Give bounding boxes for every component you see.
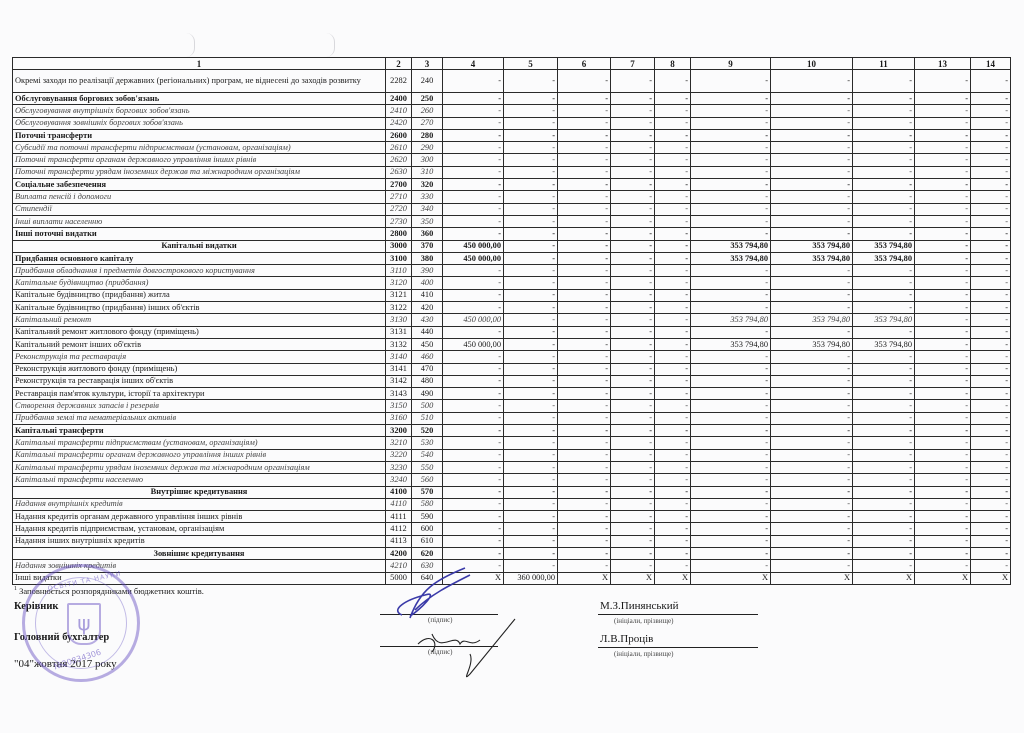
row-value-col-10: - — [771, 375, 853, 387]
row-value-col-8: - — [655, 523, 691, 535]
table-row: Інші видатки5000640X360 000,00XXXXXXXX — [13, 572, 1011, 584]
row-line-code: 360 — [412, 228, 443, 240]
row-value-col-4: - — [443, 129, 504, 141]
row-line-code: 300 — [412, 154, 443, 166]
row-value-col-14: - — [971, 326, 1011, 338]
row-value-col-5: - — [504, 252, 558, 264]
row-value-col-13: - — [915, 326, 971, 338]
row-value-col-8: - — [655, 70, 691, 93]
table-row: Інші виплати населенню2730350---------- — [13, 215, 1011, 227]
row-value-col-8: - — [655, 449, 691, 461]
row-value-col-14: - — [971, 203, 1011, 215]
row-value-col-11: - — [853, 547, 915, 559]
row-value-col-8: - — [655, 461, 691, 473]
row-value-col-5: - — [504, 498, 558, 510]
table-row: Капітальні трансферти підприємствам (уст… — [13, 437, 1011, 449]
row-value-col-10: - — [771, 461, 853, 473]
row-value-col-6: - — [558, 203, 611, 215]
row-kekv-code: 3110 — [386, 265, 412, 277]
row-value-col-9: - — [691, 154, 771, 166]
row-value-col-4: - — [443, 203, 504, 215]
row-kekv-code: 3210 — [386, 437, 412, 449]
table-row: Капітальне будівництво (придбання)312040… — [13, 277, 1011, 289]
row-value-col-7: - — [611, 117, 655, 129]
row-value-col-7: - — [611, 228, 655, 240]
row-value-col-11: - — [853, 203, 915, 215]
row-name: Поточні трансферти органам державного уп… — [13, 154, 386, 166]
row-value-col-4: 450 000,00 — [443, 240, 504, 252]
row-value-col-11: - — [853, 363, 915, 375]
accountant-name-line — [598, 647, 758, 648]
row-value-col-8: - — [655, 511, 691, 523]
row-name: Інші виплати населенню — [13, 215, 386, 227]
row-line-code: 540 — [412, 449, 443, 461]
row-value-col-9: 353 794,80 — [691, 240, 771, 252]
row-kekv-code: 3141 — [386, 363, 412, 375]
column-header-14: 14 — [971, 58, 1011, 70]
row-value-col-5: - — [504, 449, 558, 461]
row-value-col-10: - — [771, 449, 853, 461]
row-value-col-14: - — [971, 449, 1011, 461]
column-header-5: 5 — [504, 58, 558, 70]
table-row: Придбання основного капіталу3100380450 0… — [13, 252, 1011, 264]
table-row: Створення державних запасів і резервів31… — [13, 400, 1011, 412]
row-value-col-11: - — [853, 498, 915, 510]
row-value-col-8: - — [655, 412, 691, 424]
row-value-col-11: - — [853, 400, 915, 412]
row-kekv-code: 2282 — [386, 70, 412, 93]
row-value-col-13: - — [915, 425, 971, 437]
row-value-col-7: - — [611, 560, 655, 572]
row-value-col-8: - — [655, 425, 691, 437]
row-value-col-11: - — [853, 511, 915, 523]
table-row: Капітальні трансферти3200520---------- — [13, 425, 1011, 437]
row-value-col-8: - — [655, 215, 691, 227]
row-line-code: 370 — [412, 240, 443, 252]
row-value-col-6: - — [558, 70, 611, 93]
table-row: Надання внутрішніх кредитів4110580------… — [13, 498, 1011, 510]
row-value-col-14: - — [971, 375, 1011, 387]
row-value-col-11: - — [853, 129, 915, 141]
row-value-col-10: - — [771, 228, 853, 240]
row-value-col-11: 353 794,80 — [853, 240, 915, 252]
row-value-col-4: 450 000,00 — [443, 338, 504, 350]
row-name: Капітальне будівництво (придбання) — [13, 277, 386, 289]
row-value-col-10: - — [771, 117, 853, 129]
table-row: Поточні трансферти урядам іноземних держ… — [13, 166, 1011, 178]
row-value-col-13: - — [915, 252, 971, 264]
row-value-col-9: - — [691, 142, 771, 154]
row-value-col-9: - — [691, 351, 771, 363]
row-value-col-8: - — [655, 105, 691, 117]
row-value-col-6: - — [558, 191, 611, 203]
row-value-col-7: - — [611, 425, 655, 437]
accountant-initials-caption: (ініціали, прізвище) — [614, 650, 673, 658]
row-value-col-14: - — [971, 228, 1011, 240]
row-value-col-14: - — [971, 363, 1011, 375]
row-value-col-13: - — [915, 314, 971, 326]
row-value-col-13: - — [915, 461, 971, 473]
row-value-col-13: - — [915, 351, 971, 363]
row-value-col-7: - — [611, 363, 655, 375]
row-value-col-13: - — [915, 70, 971, 93]
row-value-col-11: - — [853, 523, 915, 535]
budget-expenditure-table: 12345678910111314 Окремі заходи по реалі… — [12, 57, 1011, 585]
row-value-col-14: - — [971, 105, 1011, 117]
row-value-col-9: X — [691, 572, 771, 584]
row-value-col-11: - — [853, 277, 915, 289]
row-value-col-10: - — [771, 215, 853, 227]
row-value-col-4: - — [443, 277, 504, 289]
row-value-col-4: - — [443, 498, 504, 510]
row-line-code: 350 — [412, 215, 443, 227]
row-line-code: 380 — [412, 252, 443, 264]
row-value-col-6: - — [558, 252, 611, 264]
row-line-code: 470 — [412, 363, 443, 375]
row-value-col-6: - — [558, 498, 611, 510]
row-name: Придбання обладнання і предметів довгост… — [13, 265, 386, 277]
row-name: Поточні трансферти урядам іноземних держ… — [13, 166, 386, 178]
row-value-col-7: - — [611, 498, 655, 510]
row-value-col-6: - — [558, 326, 611, 338]
row-value-col-10: - — [771, 400, 853, 412]
row-kekv-code: 4113 — [386, 535, 412, 547]
row-value-col-14: - — [971, 302, 1011, 314]
row-line-code: 610 — [412, 535, 443, 547]
row-value-col-11: - — [853, 302, 915, 314]
table-row: Надання кредитів органам державного упра… — [13, 511, 1011, 523]
row-value-col-4: 450 000,00 — [443, 252, 504, 264]
row-value-col-14: - — [971, 511, 1011, 523]
row-name: Капітальні трансферти органам державного… — [13, 449, 386, 461]
row-value-col-5: - — [504, 228, 558, 240]
row-line-code: 390 — [412, 265, 443, 277]
row-value-col-13: - — [915, 486, 971, 498]
row-value-col-5: - — [504, 240, 558, 252]
row-value-col-9: - — [691, 474, 771, 486]
row-value-col-8: - — [655, 547, 691, 559]
row-value-col-4: - — [443, 400, 504, 412]
row-value-col-8: - — [655, 289, 691, 301]
table-row: Субсидії та поточні трансферти підприємс… — [13, 142, 1011, 154]
row-value-col-7: - — [611, 191, 655, 203]
row-value-col-4: - — [443, 363, 504, 375]
row-value-col-5: - — [504, 105, 558, 117]
row-value-col-10: - — [771, 388, 853, 400]
row-line-code: 270 — [412, 117, 443, 129]
row-value-col-5: - — [504, 277, 558, 289]
row-value-col-11: - — [853, 486, 915, 498]
row-value-col-14: - — [971, 351, 1011, 363]
row-kekv-code: 4110 — [386, 498, 412, 510]
row-value-col-10: - — [771, 523, 853, 535]
row-value-col-14: - — [971, 129, 1011, 141]
row-value-col-7: - — [611, 535, 655, 547]
row-kekv-code: 3142 — [386, 375, 412, 387]
row-value-col-7: - — [611, 70, 655, 93]
row-value-col-8: - — [655, 277, 691, 289]
column-header-6: 6 — [558, 58, 611, 70]
row-line-code: 320 — [412, 179, 443, 191]
row-value-col-10: 353 794,80 — [771, 240, 853, 252]
row-value-col-13: - — [915, 363, 971, 375]
row-value-col-14: - — [971, 314, 1011, 326]
row-kekv-code: 2700 — [386, 179, 412, 191]
row-value-col-4: - — [443, 388, 504, 400]
row-value-col-5: - — [504, 289, 558, 301]
row-value-col-9: - — [691, 547, 771, 559]
row-value-col-7: - — [611, 154, 655, 166]
row-value-col-11: - — [853, 412, 915, 424]
row-value-col-10: - — [771, 191, 853, 203]
row-value-col-10: - — [771, 289, 853, 301]
table-row: Реконструкція та реставрація3140460-----… — [13, 351, 1011, 363]
row-kekv-code: 2720 — [386, 203, 412, 215]
row-value-col-7: - — [611, 338, 655, 350]
row-value-col-8: - — [655, 240, 691, 252]
row-value-col-11: X — [853, 572, 915, 584]
row-kekv-code: 2400 — [386, 93, 412, 105]
row-value-col-9: - — [691, 400, 771, 412]
row-value-col-7: - — [611, 412, 655, 424]
row-value-col-9: - — [691, 498, 771, 510]
director-initials-caption: (ініціали, прізвище) — [614, 617, 673, 625]
row-value-col-4: - — [443, 215, 504, 227]
row-value-col-7: - — [611, 461, 655, 473]
row-value-col-8: - — [655, 486, 691, 498]
row-value-col-9: - — [691, 461, 771, 473]
row-value-col-11: - — [853, 191, 915, 203]
row-name: Створення державних запасів і резервів — [13, 400, 386, 412]
row-value-col-9: - — [691, 265, 771, 277]
row-value-col-10: - — [771, 203, 853, 215]
row-value-col-5: - — [504, 191, 558, 203]
row-value-col-8: - — [655, 203, 691, 215]
row-value-col-4: - — [443, 547, 504, 559]
row-value-col-9: 353 794,80 — [691, 338, 771, 350]
row-value-col-8: - — [655, 338, 691, 350]
row-value-col-6: - — [558, 142, 611, 154]
row-value-col-13: - — [915, 154, 971, 166]
table-row: Капітальний ремонт інших об'єктів3132450… — [13, 338, 1011, 350]
punch-hole-mark — [186, 33, 195, 57]
row-value-col-7: - — [611, 252, 655, 264]
row-value-col-10: - — [771, 93, 853, 105]
row-value-col-13: - — [915, 117, 971, 129]
row-value-col-10: - — [771, 142, 853, 154]
row-name: Обслуговування боргових зобов'язань — [13, 93, 386, 105]
row-value-col-6: - — [558, 129, 611, 141]
column-header-7: 7 — [611, 58, 655, 70]
row-kekv-code: 2800 — [386, 228, 412, 240]
row-value-col-13: - — [915, 449, 971, 461]
row-kekv-code: 3143 — [386, 388, 412, 400]
row-value-col-7: - — [611, 179, 655, 191]
row-value-col-11: - — [853, 351, 915, 363]
row-value-col-7: - — [611, 93, 655, 105]
row-value-col-13: - — [915, 228, 971, 240]
row-value-col-13: - — [915, 191, 971, 203]
trident-emblem-icon: ψ — [67, 603, 101, 645]
row-value-col-4: - — [443, 93, 504, 105]
row-name: Капітальне будівництво (придбання) житла — [13, 289, 386, 301]
table-row: Капітальні видатки3000370450 000,00----3… — [13, 240, 1011, 252]
row-value-col-7: - — [611, 388, 655, 400]
table-row: Інші поточні видатки2800360---------- — [13, 228, 1011, 240]
row-line-code: 510 — [412, 412, 443, 424]
row-value-col-5: - — [504, 363, 558, 375]
row-value-col-7: - — [611, 547, 655, 559]
row-value-col-4: - — [443, 437, 504, 449]
row-value-col-13: - — [915, 215, 971, 227]
stamp-text: ОСВІТИ ТА НАУКИ — [47, 569, 122, 592]
row-value-col-5: - — [504, 375, 558, 387]
row-value-col-13: - — [915, 277, 971, 289]
row-kekv-code: 2730 — [386, 215, 412, 227]
row-value-col-6: - — [558, 412, 611, 424]
director-signature-scribble — [380, 560, 480, 620]
row-value-col-9: - — [691, 105, 771, 117]
row-value-col-4: - — [443, 425, 504, 437]
row-value-col-11: - — [853, 375, 915, 387]
row-value-col-6: - — [558, 474, 611, 486]
row-value-col-14: - — [971, 252, 1011, 264]
row-value-col-9: - — [691, 363, 771, 375]
row-value-col-10: - — [771, 179, 853, 191]
row-value-col-11: - — [853, 215, 915, 227]
row-value-col-6: - — [558, 388, 611, 400]
row-value-col-7: - — [611, 351, 655, 363]
table-row: Капітальні трансферти урядам іноземних д… — [13, 461, 1011, 473]
table-row: Поточні трансферти органам державного уп… — [13, 154, 1011, 166]
row-kekv-code: 3121 — [386, 289, 412, 301]
row-value-col-9: - — [691, 166, 771, 178]
row-value-col-4: - — [443, 511, 504, 523]
table-row: Обслуговування внутрішніх боргових зобов… — [13, 105, 1011, 117]
row-value-col-6: - — [558, 363, 611, 375]
row-value-col-8: - — [655, 326, 691, 338]
row-value-col-4: - — [443, 523, 504, 535]
row-value-col-14: X — [971, 572, 1011, 584]
row-value-col-5: - — [504, 511, 558, 523]
row-value-col-5: - — [504, 166, 558, 178]
row-value-col-13: X — [915, 572, 971, 584]
row-value-col-8: - — [655, 302, 691, 314]
row-value-col-7: - — [611, 277, 655, 289]
row-value-col-13: - — [915, 547, 971, 559]
row-value-col-11: - — [853, 437, 915, 449]
row-name: Капітальний ремонт інших об'єктів — [13, 338, 386, 350]
row-line-code: 570 — [412, 486, 443, 498]
table-row: Капітальні трансферти населенню3240560--… — [13, 474, 1011, 486]
row-value-col-13: - — [915, 105, 971, 117]
row-value-col-8: - — [655, 265, 691, 277]
row-kekv-code: 3132 — [386, 338, 412, 350]
row-name: Субсидії та поточні трансферти підприємс… — [13, 142, 386, 154]
row-value-col-5: - — [504, 425, 558, 437]
row-value-col-8: - — [655, 93, 691, 105]
row-value-col-5: - — [504, 437, 558, 449]
row-kekv-code: 3130 — [386, 314, 412, 326]
row-name: Реставрація пам'яток культури, історії т… — [13, 388, 386, 400]
row-value-col-7: - — [611, 437, 655, 449]
row-value-col-10: - — [771, 105, 853, 117]
row-value-col-14: - — [971, 70, 1011, 93]
row-value-col-13: - — [915, 560, 971, 572]
row-name: Капітальний ремонт житлового фонду (прим… — [13, 326, 386, 338]
row-value-col-14: - — [971, 215, 1011, 227]
row-value-col-8: - — [655, 252, 691, 264]
row-value-col-4: - — [443, 228, 504, 240]
row-value-col-6: - — [558, 105, 611, 117]
row-kekv-code: 2630 — [386, 166, 412, 178]
table-row: Окремі заходи по реалізації державних (р… — [13, 70, 1011, 93]
row-value-col-7: - — [611, 486, 655, 498]
table-row: Капітальний ремонт3130430450 000,00----3… — [13, 314, 1011, 326]
row-value-col-5: - — [504, 117, 558, 129]
row-line-code: 480 — [412, 375, 443, 387]
row-name: Виплата пенсій і допомоги — [13, 191, 386, 203]
row-value-col-9: - — [691, 511, 771, 523]
row-value-col-9: - — [691, 388, 771, 400]
row-name: Капітальні трансферти — [13, 425, 386, 437]
row-value-col-14: - — [971, 265, 1011, 277]
table-row: Капітальне будівництво (придбання) житла… — [13, 289, 1011, 301]
row-kekv-code: 4111 — [386, 511, 412, 523]
row-value-col-11: - — [853, 70, 915, 93]
row-value-col-6: - — [558, 302, 611, 314]
row-value-col-8: - — [655, 498, 691, 510]
row-value-col-8: - — [655, 142, 691, 154]
row-line-code: 410 — [412, 289, 443, 301]
row-value-col-9: - — [691, 449, 771, 461]
row-name: Капітальні трансферти підприємствам (уст… — [13, 437, 386, 449]
row-value-col-5: - — [504, 203, 558, 215]
row-value-col-13: - — [915, 265, 971, 277]
row-value-col-4: - — [443, 326, 504, 338]
row-value-col-8: - — [655, 388, 691, 400]
row-value-col-11: - — [853, 535, 915, 547]
row-name: Капітальний ремонт — [13, 314, 386, 326]
row-value-col-9: - — [691, 375, 771, 387]
table-row: Капітальний ремонт житлового фонду (прим… — [13, 326, 1011, 338]
official-stamp: ОСВІТИ ТА НАУКИ ψ №20834306 — [22, 564, 140, 682]
row-value-col-9: - — [691, 560, 771, 572]
row-value-col-11: - — [853, 474, 915, 486]
row-value-col-4: - — [443, 179, 504, 191]
row-line-code: 550 — [412, 461, 443, 473]
row-value-col-5: - — [504, 179, 558, 191]
row-value-col-6: - — [558, 338, 611, 350]
row-value-col-13: - — [915, 437, 971, 449]
table-row: Зовнішнє кредитування4200620---------- — [13, 547, 1011, 559]
row-value-col-7: - — [611, 302, 655, 314]
column-header-8: 8 — [655, 58, 691, 70]
row-value-col-9: - — [691, 412, 771, 424]
row-value-col-9: - — [691, 437, 771, 449]
row-value-col-10: - — [771, 437, 853, 449]
row-value-col-10: - — [771, 166, 853, 178]
row-kekv-code: 4200 — [386, 547, 412, 559]
row-value-col-11: - — [853, 425, 915, 437]
row-line-code: 340 — [412, 203, 443, 215]
row-value-col-7: - — [611, 129, 655, 141]
row-value-col-8: - — [655, 179, 691, 191]
column-header-13: 13 — [915, 58, 971, 70]
row-name: Надання інших внутрішніх кредитів — [13, 535, 386, 547]
row-value-col-14: - — [971, 461, 1011, 473]
row-name: Реконструкція житлового фонду (приміщень… — [13, 363, 386, 375]
